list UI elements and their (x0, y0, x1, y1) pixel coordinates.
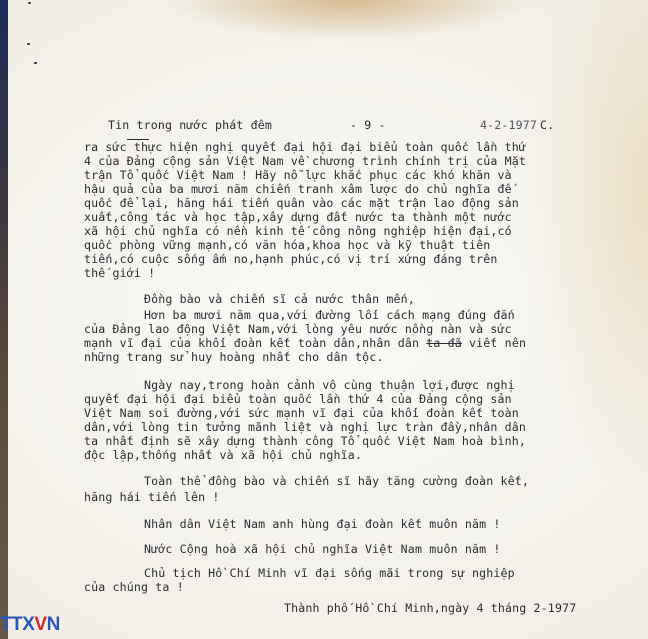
slogan-line: Chủ tịch Hồ Chí Minh vĩ đại sống mãi tro… (144, 566, 515, 580)
header-date: 4-2-1977 (480, 118, 537, 132)
para4-line: Toàn thể đồng bào và chiến sĩ hãy tăng c… (144, 474, 529, 488)
para1-line: trận Tổ quốc Việt Nam ! Hãy nỗ lực khắc … (84, 168, 512, 182)
para2-line: Hơn ba mươi năm qua,với đường lối cách m… (144, 308, 515, 322)
paper-speck (28, 2, 31, 4)
struck-text: ta đã (426, 336, 462, 350)
page-header: Tin trong nước phát đêm - 9 - 4-2-1977 C… (84, 118, 644, 134)
slogan-line: Nhân dân Việt Nam anh hùng đại đoàn kết … (144, 517, 501, 531)
para1-line: tiến,có cuộc sống ấm no,hạnh phúc,có vị … (84, 252, 498, 266)
para1-line: xã hội chủ nghĩa có nền kinh tế công nôn… (84, 224, 512, 238)
para2-text: mạnh vĩ đại của khối đoàn kết toàn dân,n… (84, 336, 426, 350)
para1-line: quốc để lại, hăng hái tiến quân vào các … (84, 196, 519, 210)
photo-background-edge (0, 0, 8, 639)
para4-line: hăng hái tiến lên ! (84, 490, 219, 504)
slogan-line: Nước Cộng hoà xã hội chủ nghĩa Việt Nam … (144, 542, 501, 556)
para2-line-with-strike: mạnh vĩ đại của khối đoàn kết toàn dân,n… (84, 336, 526, 350)
para3-line: Việt Nam soi đường,với sức mạnh vĩ đại c… (84, 406, 519, 420)
document-text: Tin trong nước phát đêm - 9 - 4-2-1977 C… (8, 0, 648, 639)
header-source: Tin trong nước phát đêm (108, 118, 272, 132)
logo-text: TTX (0, 614, 34, 635)
para1-line: quốc phòng vững mạnh,có văn hóa,khoa học… (84, 238, 490, 252)
para3-line: độc lập,thống nhất và xã hội chủ nghĩa. (84, 448, 362, 462)
typewritten-page: Tin trong nước phát đêm - 9 - 4-2-1977 C… (8, 0, 648, 639)
para1-line: thế giới ! (84, 266, 155, 280)
para1-line: hậu quả của ba mươi năm chiến tranh xâm … (84, 182, 512, 196)
paper-speck (27, 43, 30, 45)
para2-line: của Đảng lao động Việt Nam,với lòng yêu … (84, 322, 512, 336)
para3-line: ta nhất định sẽ xây dựng thành công Tổ q… (84, 434, 526, 448)
para1-line: 4 của Đảng cộng sản Việt Nam về chương t… (84, 154, 526, 168)
para1-line: xuất,công tác và học tập,xây dựng đất nư… (84, 210, 512, 224)
para3-line: quyết đại hội đại biểu toàn quốc lần thứ… (84, 392, 512, 406)
para1-line: ra sức thực hiện nghị quyết đại hội đại … (84, 140, 526, 154)
slogan-line: của chúng ta ! (84, 580, 184, 594)
paper-speck (34, 62, 37, 64)
logo-text-end: N (47, 614, 60, 635)
signature-line: Thành phố Hồ Chí Minh,ngày 4 tháng 2-197… (284, 601, 576, 615)
para3-line: dân,với lòng tin tưởng mãnh liệt và nghị… (84, 420, 526, 434)
logo-accent: V (34, 614, 46, 635)
salutation: Đồng bào và chiến sĩ cả nước thân mến, (144, 292, 415, 306)
para2-text: viết nên (462, 336, 526, 350)
para3-line: Ngày nay,trong hoàn cảnh vô cùng thuận l… (144, 378, 515, 392)
ttxvn-watermark-logo: TTXVN (0, 614, 60, 636)
header-code: C. (540, 118, 554, 132)
header-page-number: - 9 - (350, 118, 386, 132)
para2-line: những trang sử huy hoàng nhất cho dân tộ… (84, 350, 383, 364)
